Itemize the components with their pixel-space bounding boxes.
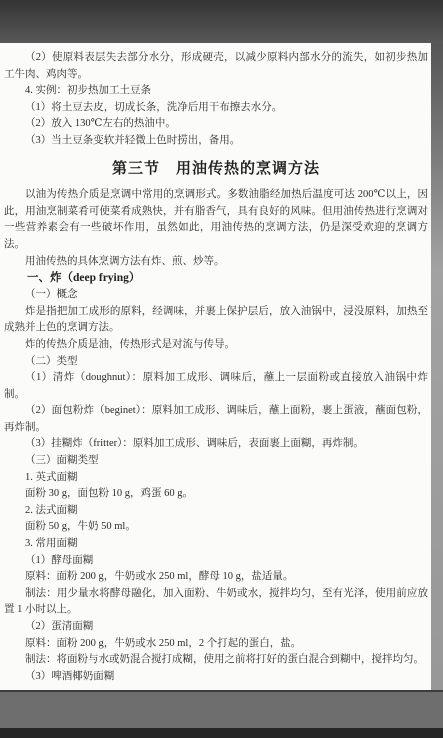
scan-bottom-strip (0, 728, 443, 738)
text-line: 1. 英式面糊 (4, 470, 428, 487)
text-line: 炸是指把加工成形的原料，经调味，并裹上保护层后，放入油锅中，浸没原料，加热至成熟… (4, 304, 428, 337)
text-line: （2）放入 130℃左右的热油中。 (4, 116, 428, 133)
text-line: （2）面包粉炸（beginet）：原料加工成形、调味后，蘸上面粉，裹上蛋液，蘸面… (4, 403, 428, 436)
text-line: 4. 实例：初步热加工土豆条 (4, 83, 428, 100)
text-line: （1）酵母面糊 (4, 553, 428, 570)
text-line: 制法：将面粉与水或奶混合搅打成糊，使用之前将打好的蛋白混合到糊中，搅拌均匀。 (4, 652, 428, 669)
text-line: （二）类型 (4, 354, 428, 371)
text-line: （三）面糊类型 (4, 453, 428, 470)
text-line: 原料：面粉 200 g，牛奶或水 250 ml，2 个打起的蛋白，盐。 (4, 636, 428, 653)
text-line: （1）将土豆去皮，切成长条，洗净后用干布擦去水分。 (4, 100, 428, 117)
text-line: 以油为传热介质是烹调中常用的烹调形式。多数油脂经加热后温度可达 200℃以上，因… (4, 187, 428, 253)
text-line: （3）啤酒椰奶面糊 (4, 669, 428, 686)
subsection-title: 一、炸（deep frying） (4, 270, 428, 287)
text-line: （3）当土豆条变软并轻微上色时捞出，备用。 (4, 133, 428, 150)
section-heading: 第三节 用油传热的烹调方法 (4, 161, 428, 178)
text-line: （2）使原料表层失去部分水分，形成硬壳，以减少原料内部水分的流失，如初步热加工牛… (4, 50, 428, 83)
scan-top-shadow (0, 0, 443, 43)
text-line: （一）概念 (4, 287, 428, 304)
text-line: 用油传热的具体烹调方法有炸、煎、炒等。 (4, 254, 428, 271)
text-line: （1）清炸（doughnut）：原料加工成形、调味后，蘸上一层面粉或直接放入油锅… (4, 370, 428, 403)
scan-right-edge-shadow (431, 43, 443, 690)
document-page: （2）使原料表层失去部分水分，形成硬壳，以减少原料内部水分的流失，如初步热加工牛… (0, 43, 431, 690)
text-line: 3. 常用面糊 (4, 536, 428, 553)
text-line: 面粉 30 g，面包粉 10 g，鸡蛋 60 g。 (4, 486, 428, 503)
text-line: 制法：用少量水将酵母融化，加入面粉、牛奶或水，搅拌均匀，至有光泽，使用前应放置 … (4, 586, 428, 619)
text-line: 原料：面粉 200 g，牛奶或水 250 ml，酵母 10 g，盐适量。 (4, 569, 428, 586)
text-line: （2）蛋清面糊 (4, 619, 428, 636)
text-line: 面粉 50 g，牛奶 50 ml。 (4, 519, 428, 536)
text-line: （3）挂糊炸（fritter）：原料加工成形、调味后，表面裹上面糊，再炸制。 (4, 436, 428, 453)
text-line: 2. 法式面糊 (4, 503, 428, 520)
text-line: 炸的传热介质是油，传热形式是对流与传导。 (4, 337, 428, 354)
